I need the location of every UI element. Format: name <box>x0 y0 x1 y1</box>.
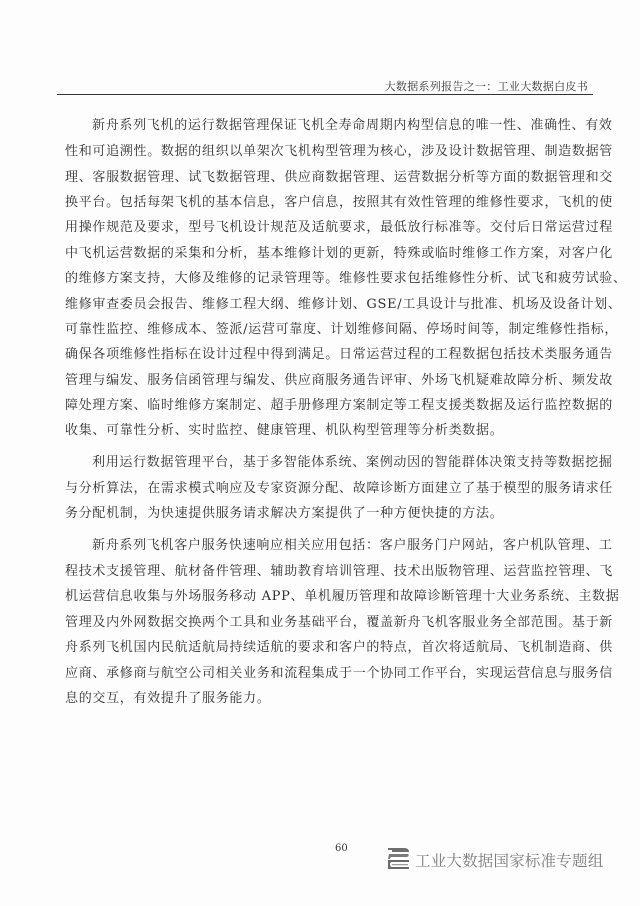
text-line: 务分配机制，为快速提供服务请求解决方案提供了一种方便快捷的方法。 <box>65 506 503 522</box>
organization-name: 工业大数据国家标准专题组 <box>415 849 603 871</box>
text-line: 管理及内外网数据交换两个工具和业务基础平台，覆盖新舟飞机客服业务全部范围。基于新 <box>65 615 613 631</box>
text-line: 中飞机运营数据的采集和分析，基本维修计划的更新，特殊或临时维修工作方案，对客户化 <box>65 246 613 262</box>
book-stack-icon <box>384 845 412 873</box>
text-line: 新舟系列飞机客户服务快速响应相关应用包括：客户服务门户网站，客户机队管理、工 <box>92 538 613 554</box>
text-line: 程技术支援管理、航材备件管理、辅助教育培训管理、技术出版物管理、运营监控管理、飞 <box>65 564 613 580</box>
text-line: 理、客服数据管理、试飞数据管理、供应商数据管理、运营数据分析等方面的数据管理和交 <box>65 170 613 186</box>
text-line: 与分析算法，在需求模式响应及专家资源分配、故障诊断方面建立了基于模型的服务请求任 <box>65 481 613 497</box>
text-line: 可靠性监控、维修成本、签派/运营可靠度、计划维修间隔、停场时间等，制定维修性指标… <box>65 322 618 338</box>
text-line: 新舟系列飞机的运行数据管理保证飞机全寿命周期内构型信息的唯一性、准确性、有效 <box>92 118 613 134</box>
text-line: 维修审查委员会报告、维修工程大纲、维修计划、GSE/工具设计与批准、机场及设备计… <box>65 297 622 313</box>
text-line: 利用运行数据管理平台，基于多智能体系统、案例动因的智能群体决策支持等数据挖掘 <box>92 455 613 471</box>
header-divider <box>57 94 593 95</box>
text-line: 性和可追溯性。数据的组织以单架次飞机构型管理为核心，涉及设计数据管理、制造数据管 <box>65 144 613 160</box>
text-line: 息的交互，有效提升了服务能力。 <box>65 691 271 707</box>
text-line: 收集、可靠性分析、实时监控、健康管理、机队构型管理等分析类数据。 <box>65 423 503 439</box>
running-header-title: 大数据系列报告之一：工业大数据白皮书 <box>385 78 588 94</box>
text-line: 机运营信息收集与外场服务移动 APP、单机履历管理和故障诊断管理十大业务系统、主… <box>65 589 619 605</box>
text-line: 管理与编发、服务信函管理与编发、供应商服务通告评审、外场飞机疑难故障分析、频发故 <box>65 373 613 389</box>
text-line: 的维修方案支持，大修及维修的记录管理等。维修性要求包括维修性分析、试飞和疲劳试验… <box>65 271 627 287</box>
text-line: 舟系列飞机国内民航适航局持续适航的要求和客户的特点，首次将适航局、飞机制造商、供 <box>65 640 613 656</box>
page-number: 60 <box>335 843 348 854</box>
text-line: 换平台。包括每架飞机的基本信息，客户信息，按照其有效性管理的维修性要求，飞机的使 <box>65 195 613 211</box>
text-line: 应商、承修商与航空公司相关业务和流程集成于一个协同工作平台，实现运营信息与服务信 <box>65 666 613 682</box>
text-line: 用操作规范及要求，型号飞机设计规范及适航要求，最低放行标准等。交付后日常运营过程 <box>65 220 613 236</box>
text-line: 障处理方案、临时维修方案制定、超手册修理方案制定等工程支援类数据及运行监控数据的 <box>65 398 613 414</box>
text-line: 确保各项维修性指标在设计过程中得到满足。日常运营过程的工程数据包括技术类服务通告 <box>65 347 613 363</box>
